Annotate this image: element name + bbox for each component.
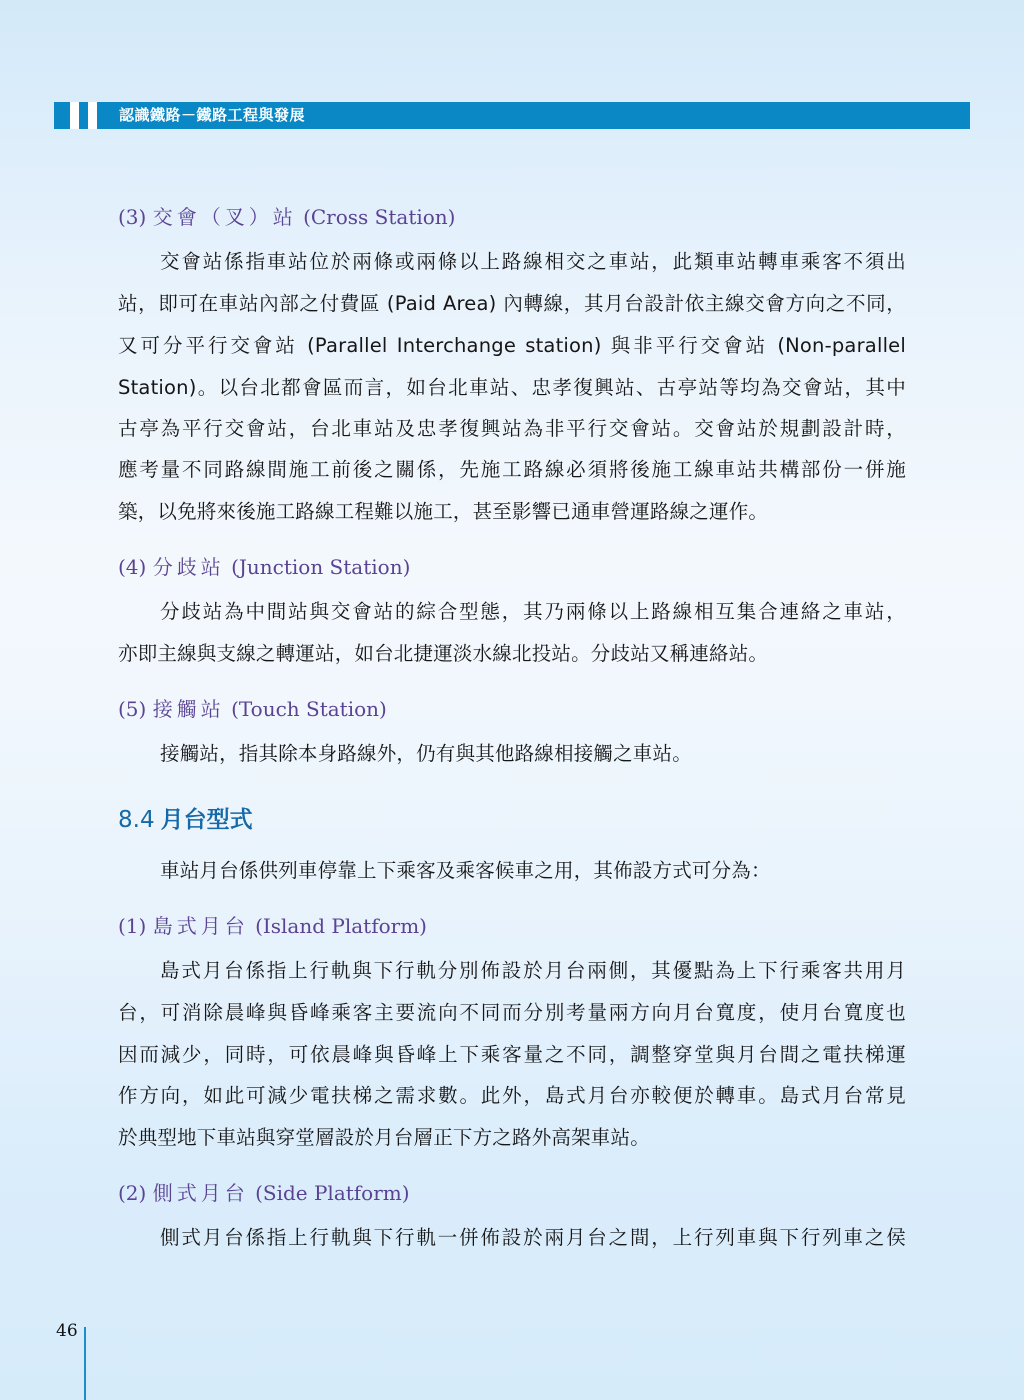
subheading-cjk: 分歧站 bbox=[153, 555, 225, 579]
subheading-junction-station: (4) 分歧站 (Junction Station) bbox=[118, 554, 410, 580]
header-decor-block bbox=[79, 102, 88, 129]
running-header: 認識鐵路－鐵路工程與發展 bbox=[54, 102, 970, 129]
paragraph-line: 古亭為平行交會站，台北車站及忠孝復興站為非平行交會站。交會站於規劃設計時， bbox=[118, 416, 906, 442]
subheading-cjk: 側式月台 bbox=[153, 1181, 249, 1205]
subheading-cjk: 島式月台 bbox=[153, 914, 249, 938]
subheading-cjk: 交會（叉）站 bbox=[153, 205, 297, 229]
section-intro: 車站月台係供列車停靠上下乘客及乘客候車之用，其佈設方式可分為： bbox=[160, 858, 771, 884]
paragraph-line: 應考量不同路線間施工前後之關係，先施工路線必須將後施工線車站共構部份一併施 bbox=[118, 457, 906, 483]
paragraph-line: 台，可消除晨峰與昏峰乘客主要流向不同而分別考量兩方向月台寬度，使月台寬度也 bbox=[118, 1000, 906, 1026]
subheading-english: (Cross Station) bbox=[303, 205, 455, 229]
subheading-english: (Side Platform) bbox=[255, 1181, 409, 1205]
section-heading-8-4: 8.4月台型式 bbox=[118, 805, 253, 835]
subheading-cross-station: (3) 交會（叉）站 (Cross Station) bbox=[118, 204, 455, 230]
paragraph-line: 交會站係指車站位於兩條或兩條以上路線相交之車站，此類車站轉車乘客不須出 bbox=[160, 249, 906, 275]
paragraph-line: 又可分平行交會站 (Parallel Interchange station) … bbox=[118, 333, 906, 359]
subheading-side-platform: (2) 側式月台 (Side Platform) bbox=[118, 1180, 410, 1206]
subheading-cjk: 接觸站 bbox=[153, 697, 225, 721]
paragraph-line: 作方向，如此可減少電扶梯之需求數。此外，島式月台亦較便於轉車。島式月台常見 bbox=[118, 1083, 906, 1109]
subheading-number: (5) bbox=[118, 697, 146, 721]
paragraph-line: 側式月台係指上行軌與下行軌一併佈設於兩月台之間，上行列車與下行列車之侯 bbox=[160, 1225, 906, 1251]
subheading-touch-station: (5) 接觸站 (Touch Station) bbox=[118, 696, 387, 722]
subheading-english: (Island Platform) bbox=[255, 914, 427, 938]
subheading-english: (Touch Station) bbox=[231, 697, 387, 721]
section-number: 8.4 bbox=[118, 807, 155, 833]
paragraph-line: 亦即主線與支線之轉運站，如台北捷運淡水線北投站。分歧站又稱連絡站。 bbox=[118, 641, 768, 667]
subheading-island-platform: (1) 島式月台 (Island Platform) bbox=[118, 913, 427, 939]
paragraph-line: 於典型地下車站與穿堂層設於月台層正下方之路外高架車站。 bbox=[118, 1125, 650, 1151]
section-title: 月台型式 bbox=[161, 807, 253, 833]
subheading-number: (4) bbox=[118, 555, 146, 579]
book-title: 認識鐵路－鐵路工程與發展 bbox=[119, 105, 305, 125]
subheading-number: (1) bbox=[118, 914, 146, 938]
paragraph-line: 因而減少，同時，可依晨峰與昏峰上下乘客量之不同，調整穿堂與月台間之電扶梯運 bbox=[118, 1042, 906, 1068]
paragraph-line: 築，以免將來後施工路線工程難以施工，甚至影響已通車營運路線之運作。 bbox=[118, 499, 768, 525]
subheading-number: (2) bbox=[118, 1181, 146, 1205]
paragraph-line: 島式月台係指上行軌與下行軌分別佈設於月台兩側，其優點為上下行乘客共用月 bbox=[160, 958, 906, 984]
subheading-english: (Junction Station) bbox=[231, 555, 410, 579]
page-number: 46 bbox=[56, 1320, 78, 1342]
header-decor-gap bbox=[70, 102, 79, 129]
header-decor-block bbox=[54, 102, 70, 129]
paragraph-line: 分歧站為中間站與交會站的綜合型態，其乃兩條以上路線相互集合連絡之車站， bbox=[160, 599, 906, 625]
paragraph-line: 站，即可在車站內部之付費區 (Paid Area) 內轉線，其月台設計依主線交會… bbox=[118, 291, 906, 317]
footer-vertical-rule bbox=[84, 1327, 86, 1400]
subheading-number: (3) bbox=[118, 205, 146, 229]
paragraph-line: Station)。以台北都會區而言，如台北車站、忠孝復興站、古亭站等均為交會站，… bbox=[118, 375, 906, 401]
paragraph-line: 接觸站，指其除本身路線外，仍有與其他路線相接觸之車站。 bbox=[160, 741, 692, 767]
header-decor-gap bbox=[88, 102, 97, 129]
